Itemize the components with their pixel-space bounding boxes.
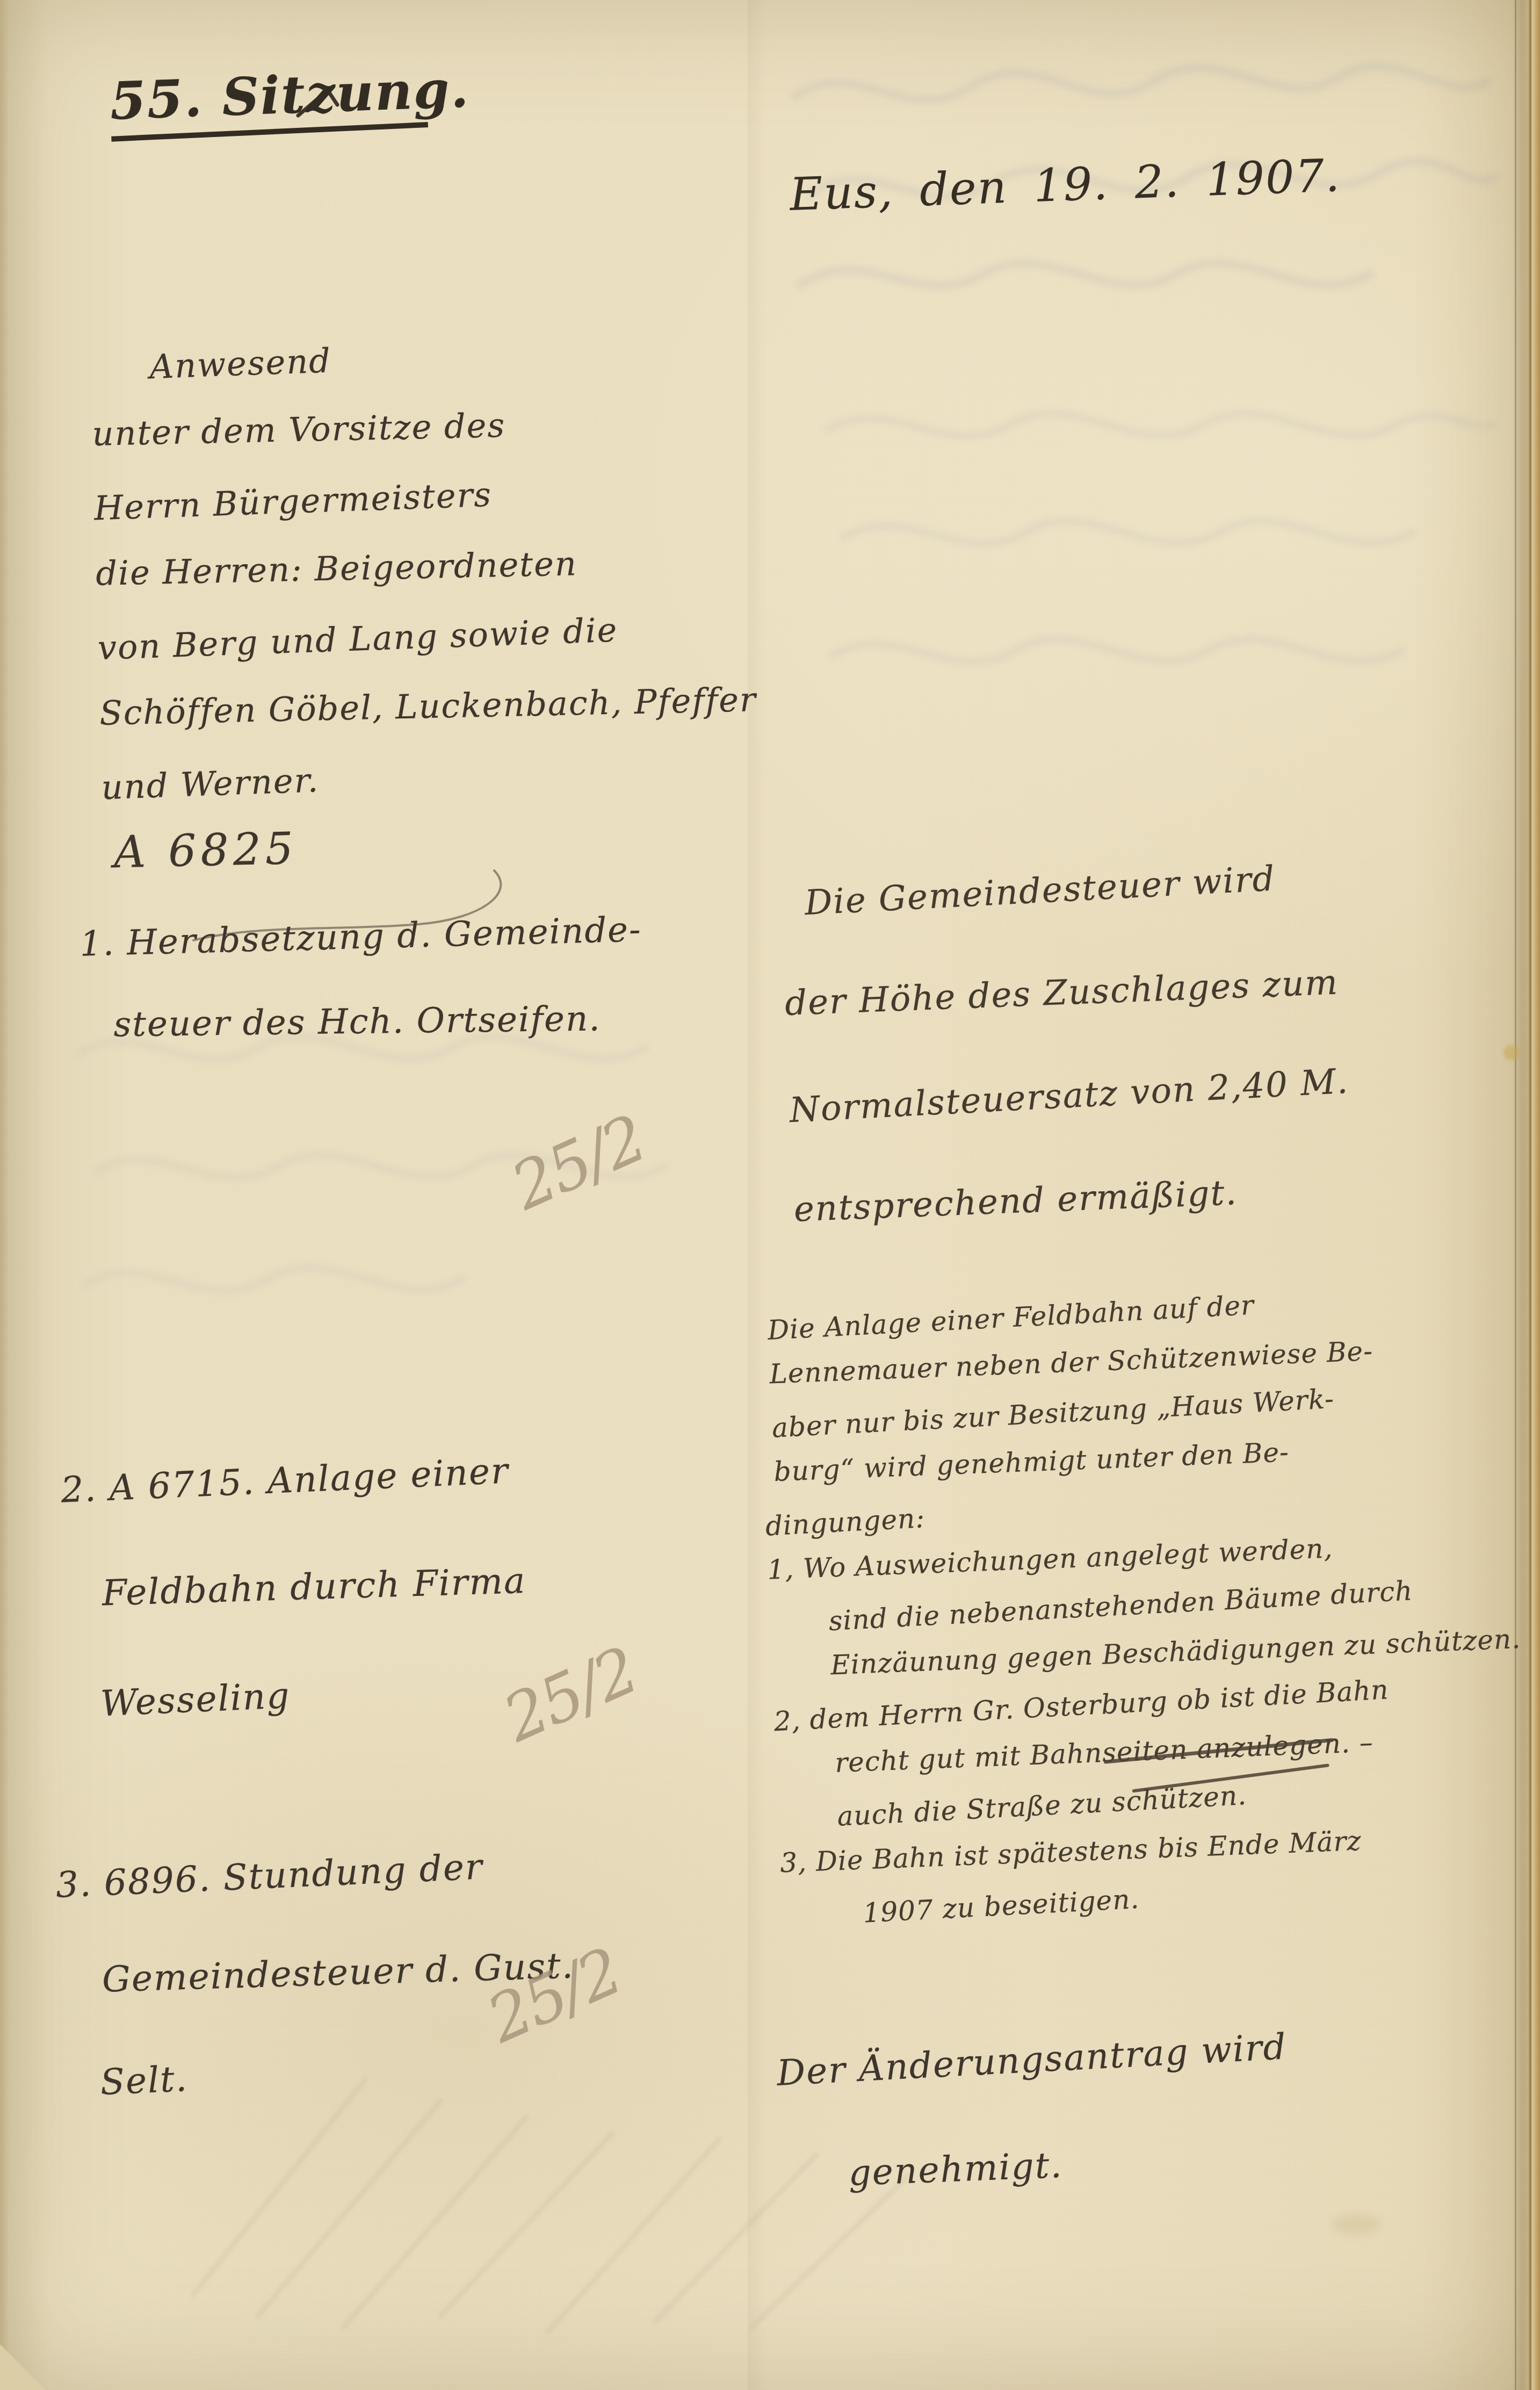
handwriting-line: 2. A 6715. Anlage einer — [59, 1416, 524, 1544]
agenda-item-2: 2. A 6715. Anlage einerFeldbahn durch Fi… — [59, 1419, 532, 1757]
page-edge-left — [0, 0, 9, 2390]
handwriting-line: steuer des Hch. Ortseifen. — [113, 976, 644, 1067]
attendance-paragraph: Anwesendunter dem Vorsitze desHerrn Bürg… — [90, 314, 761, 890]
page-fold-crease — [748, 0, 766, 2390]
page-edge-crease — [1515, 0, 1516, 2390]
paper-stain — [1332, 2214, 1380, 2235]
folded-corner — [0, 2344, 46, 2390]
protocol-page: 55. Sitzung. Eus, den 19. 2. 1907. Anwes… — [0, 0, 1540, 2390]
resolution-3: Der Änderungsantrag wirdgenehmigt. — [775, 1996, 1294, 2230]
handwriting-line: genehmigt. — [847, 2103, 1294, 2227]
resolution-1: Die Gemeindesteuer wirdder Höhe des Zusc… — [778, 826, 1356, 1263]
handwriting-line: Feldbahn durch Firma — [100, 1527, 527, 1647]
resolution-2-wrap: Die Anlage einer Feldbahn auf derLennema… — [756, 1271, 1532, 1939]
bleed-through-ghost-text — [806, 376, 1504, 752]
handwriting-line: Wesseling — [98, 1631, 532, 1758]
handwriting-line: 3. 6896. Stundung der — [54, 1813, 573, 1935]
handwriting-line: 1. Herabsetzung d. Gemeinde- — [79, 887, 643, 987]
agenda-item-1: 1. Herabsetzung d. Gemeinde-steuer des H… — [79, 890, 644, 1069]
session-heading: 55. Sitzung. — [109, 58, 471, 140]
session-heading-text: 55. Sitzung. — [109, 58, 471, 131]
ink-stain — [1503, 1045, 1520, 1060]
resolution-2: Die Anlage einer Feldbahn auf derLennema… — [756, 1271, 1532, 1939]
handwriting-line: entsprechend ermäßigt. — [792, 1137, 1355, 1262]
agenda-item-3: 3. 6896. Stundung derGemeindesteuer d. G… — [54, 1815, 579, 2131]
